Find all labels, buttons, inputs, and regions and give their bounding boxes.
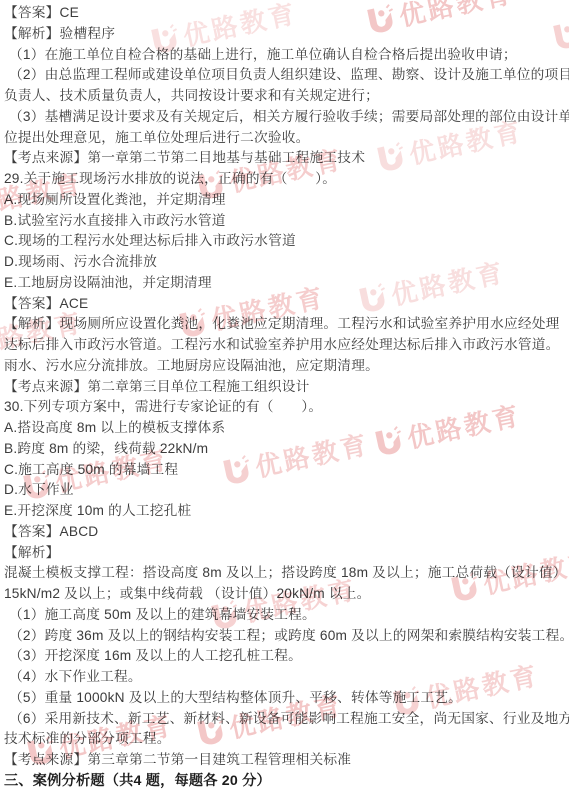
answer-line-30: 【答案】ABCD	[4, 522, 568, 543]
question-30-option-b: B.跨度 8m 的梁，线荷载 22kN/m	[4, 439, 568, 460]
procedure-step-2-cont: 负责人、技术质量负责人，共同按设计要求和有关规定进行；	[4, 86, 568, 107]
analysis-30-line-1: 混凝土模板支撑工程：搭设高度 8m 及以上；搭设跨度 18m 及以上；施工总荷载…	[4, 563, 568, 584]
procedure-step-3: （3）基槽满足设计要求及有关规定后，相关方履行验收手续；需要局部处理的部位由设计…	[4, 107, 568, 128]
source-line-q30: 【考点来源】第三章第二节第一目建筑工程管理相关标准	[4, 750, 568, 771]
expert-review-item-6-cont: 技术标准的分部分项工程。	[4, 729, 568, 750]
section-heading-case-analysis: 三、案例分析题（共4 题，每题各 20 分）	[4, 771, 568, 792]
question-29-option-b: B.试验室污水直接排入市政污水管道	[4, 211, 568, 232]
document-page: 【答案】CE 【解析】验槽程序 （1）在施工单位自检合格的基础上进行，施工单位确…	[0, 0, 569, 792]
expert-review-item-6: （6）采用新技术、新工艺、新材料、新设备可能影响工程施工安全，尚无国家、行业及地…	[4, 709, 568, 730]
question-30-option-d: D.水下作业	[4, 480, 568, 501]
expert-review-item-2: （2）跨度 36m 及以上的钢结构安装工程；或跨度 60m 及以上的网架和索膜结…	[4, 626, 568, 647]
answer-line-28: 【答案】CE	[4, 3, 568, 24]
analysis-heading-line: 【解析】验槽程序	[4, 24, 568, 45]
source-line-q28: 【考点来源】第一章第二节第二目地基与基础工程施工技术	[4, 148, 568, 169]
analysis-29-line-2: 达标后排入市政污水管道。工程污水和试验室养护用水应经处理达标后排入市政污水管道。	[4, 335, 568, 356]
procedure-step-1: （1）在施工单位自检合格的基础上进行，施工单位确认自检合格后提出验收申请；	[4, 45, 568, 66]
source-line-q29: 【考点来源】第二章第三目单位工程施工组织设计	[4, 377, 568, 398]
question-29-option-d: D.现场雨、污水合流排放	[4, 252, 568, 273]
expert-review-item-4: （4）水下作业工程。	[4, 667, 568, 688]
procedure-step-3-cont: 位提出处理意见，施工单位处理后进行二次验收。	[4, 128, 568, 149]
analysis-30-heading: 【解析】	[4, 543, 568, 564]
expert-review-item-5: （5）重量 1000kN 及以上的大型结构整体顶升、平移、转体等施工工艺。	[4, 688, 568, 709]
question-30-option-c: C.施工高度 50m 的幕墙工程	[4, 460, 568, 481]
question-29-option-a: A.现场厕所设置化粪池，并定期清理	[4, 190, 568, 211]
question-30-stem: 30.下列专项方案中，需进行专家论证的有（ ）。	[4, 397, 568, 418]
answer-line-29: 【答案】ACE	[4, 294, 568, 315]
expert-review-item-1: （1）施工高度 50m 及以上的建筑幕墙安装工程。	[4, 605, 568, 626]
analysis-30-line-2: 15kN/m2 及以上；或集中线荷载 （设计值）20kN/m 以上。	[4, 584, 568, 605]
question-30-option-e: E.开挖深度 10m 的人工挖孔桩	[4, 501, 568, 522]
analysis-29-line-1: 【解析】现场厕所应设置化粪池，化粪池应定期清理。工程污水和试验室养护用水应经处理	[4, 314, 568, 335]
question-30-option-a: A.搭设高度 8m 以上的模板支撑体系	[4, 418, 568, 439]
expert-review-item-3: （3）开挖深度 16m 及以上的人工挖孔桩工程。	[4, 646, 568, 667]
question-29-stem: 29.关于施工现场污水排放的说法，正确的有（ ）。	[4, 169, 568, 190]
procedure-step-2: （2）由总监理工程师或建设单位项目负责人组织建设、监理、勘察、设计及施工单位的项…	[4, 65, 568, 86]
question-29-option-e: E.工地厨房设隔油池，并定期清理	[4, 273, 568, 294]
question-29-option-c: C.现场的工程污水处理达标后排入市政污水管道	[4, 231, 568, 252]
analysis-29-line-3: 雨水、污水应分流排放。工地厨房应设隔油池，应定期清理。	[4, 356, 568, 377]
